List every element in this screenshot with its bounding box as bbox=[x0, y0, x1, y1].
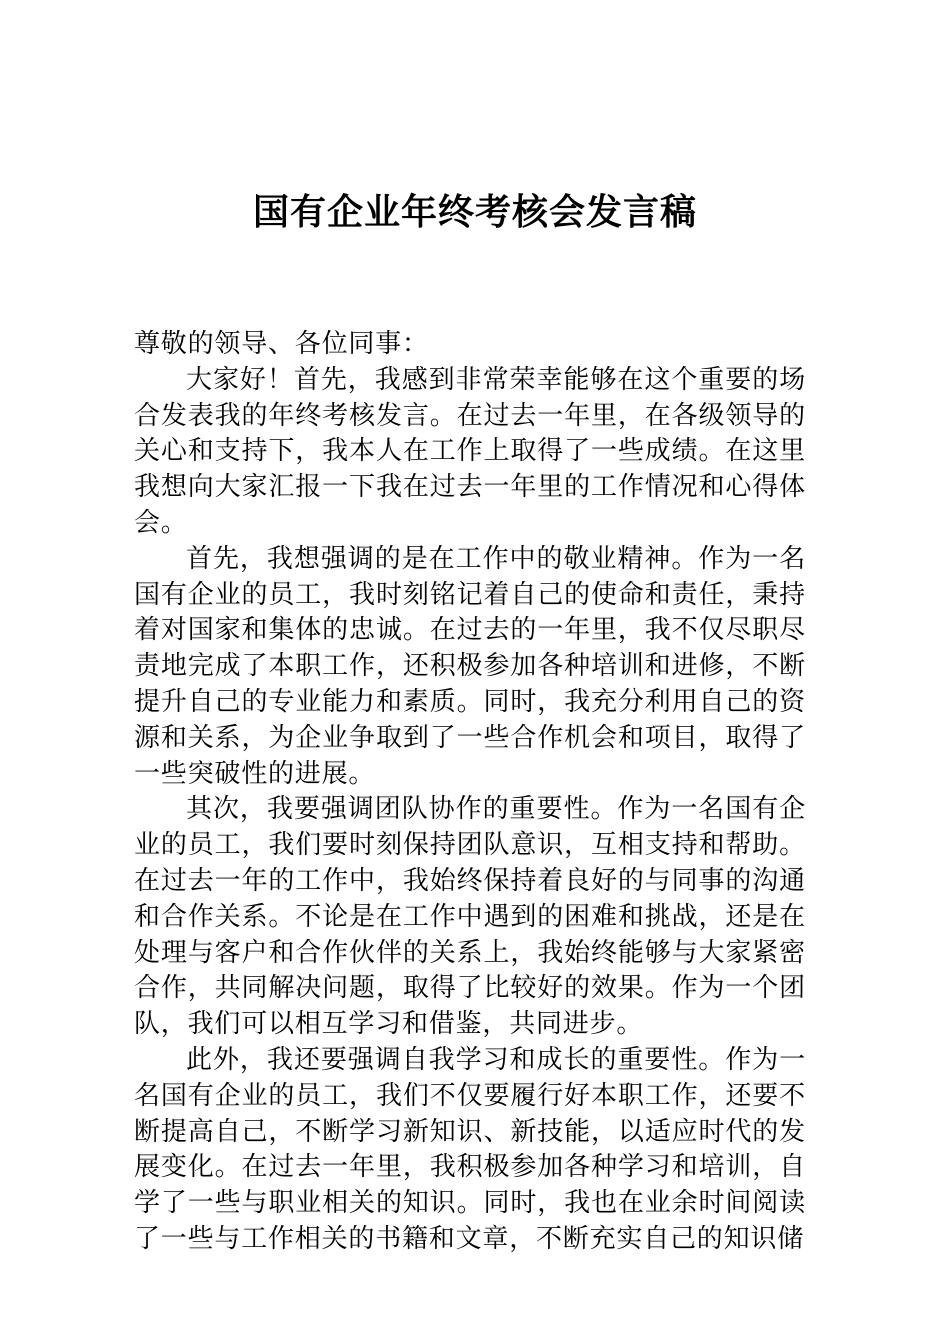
paragraph-dedication: 首先，我想强调的是在工作中的敬业精神。作为一名国有企业的员工，我时刻铭记着自己的… bbox=[134, 541, 806, 792]
paragraph-teamwork: 其次，我要强调团队协作的重要性。作为一名国有企业的员工，我们要时刻保持团队意识，… bbox=[134, 791, 806, 1042]
salutation-line: 尊敬的领导、各位同事： bbox=[134, 326, 806, 362]
document-title: 国有企业年终考核会发言稿 bbox=[0, 190, 950, 234]
paragraph-self-learning: 此外，我还要强调自我学习和成长的重要性。作为一名国有企业的员工，我们不仅要履行好… bbox=[134, 1042, 806, 1257]
document-page: 国有企业年终考核会发言稿 尊敬的领导、各位同事： 大家好！首先，我感到非常荣幸能… bbox=[0, 0, 950, 1344]
paragraph-opening: 大家好！首先，我感到非常荣幸能够在这个重要的场合发表我的年终考核发言。在过去一年… bbox=[134, 362, 806, 541]
document-body: 尊敬的领导、各位同事： 大家好！首先，我感到非常荣幸能够在这个重要的场合发表我的… bbox=[134, 326, 806, 1257]
